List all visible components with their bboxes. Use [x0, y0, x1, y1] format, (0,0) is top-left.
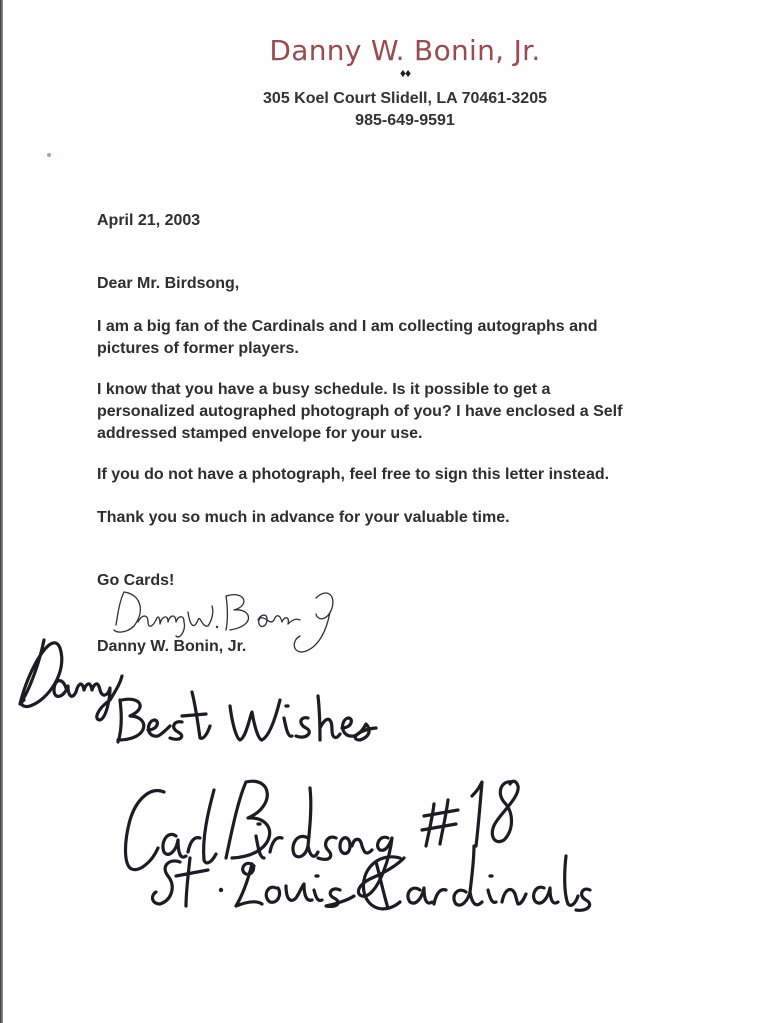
letterhead-address: 305 Koel Court Slidell, LA 70461-3205: [0, 90, 770, 108]
scanned-letter-page: Danny W. Bonin, Jr. ♦♦ 305 Koel Court Sl…: [0, 0, 770, 1023]
letter-typed-name: Danny W. Bonin, Jr.: [97, 636, 737, 658]
letter-salutation: Dear Mr. Birdsong,: [97, 273, 737, 295]
letter-closing: Go Cards!: [97, 570, 737, 592]
diamond-ornament-icon: ♦♦: [0, 66, 770, 80]
scan-edge-border: [0, 0, 3, 1023]
letter-date: April 21, 2003: [97, 210, 737, 232]
scan-speck: [47, 153, 51, 157]
letterhead-name: Danny W. Bonin, Jr.: [0, 34, 770, 67]
letterhead-phone: 985-649-9591: [0, 112, 770, 130]
autograph-carl-birdsong: [126, 781, 519, 896]
letter-paragraph: I am a big fan of the Cardinals and I am…: [97, 316, 737, 360]
letter-paragraph: Thank you so much in advance for your va…: [97, 507, 737, 529]
autograph-st-louis-cardinals: [153, 846, 590, 910]
inscription-best-wishes: [118, 692, 376, 742]
letter-paragraph: If you do not have a photograph, feel fr…: [97, 464, 737, 486]
letter-paragraph: I know that you have a busy schedule. Is…: [97, 379, 737, 445]
